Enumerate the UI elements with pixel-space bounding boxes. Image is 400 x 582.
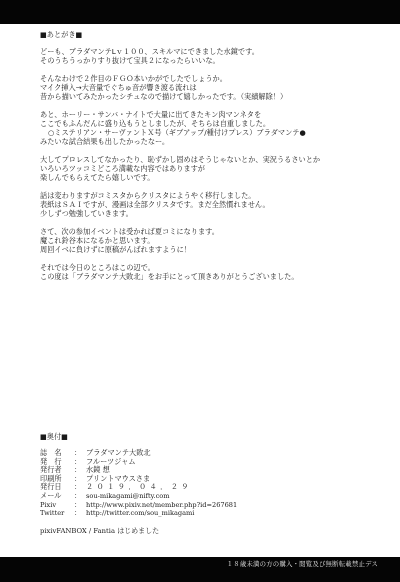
fanbox-jp-text: はじめました <box>117 527 159 535</box>
afterword-paragraph-5: 話は変わりますがコミスタからクリスタにようやく移行しました。 表紙はＳＡＩですが… <box>40 191 320 218</box>
afterword-heading: ■あとがき■ <box>40 30 320 39</box>
bottom-black-band: １８歳未満の方の購入・閲覧及び無断転載禁止デス <box>0 557 400 582</box>
top-black-band <box>0 0 400 24</box>
text-line: 表紙はＳＡＩですが、漫画は全部クリスタです。まだ全然慣れません。 <box>40 200 320 209</box>
text-line: 昔から描いてみたかったシチュなので描けて嬉しかったです。（実績解除！） <box>40 92 320 101</box>
row-key: Pixiv <box>40 501 74 510</box>
afterword-paragraph-7: それでは今日のところはこの辺で。 この度は「ブラダマンテ大敗北」をお手にとって頂… <box>40 263 320 281</box>
twitter-link[interactable]: http://twitter.com/sou_mikagami <box>86 509 194 518</box>
text-line: マイク挿入→大音量でぐちゅ音が響き渡る流れは <box>40 83 320 92</box>
text-line: そのうちうっかりすり抜けて宝具２になったらいいな。 <box>40 56 320 65</box>
text-line: 話は変わりますがコミスタからクリスタにようやく移行しました。 <box>40 191 320 200</box>
colophon-row-date: 発行日 ： ２０１９．０４．２９ <box>40 483 237 492</box>
text-line: 楽しんでもらえてたら嬉しいです。 <box>40 173 320 182</box>
row-key: メール <box>40 492 74 501</box>
colophon-section: ■奥付■ 誌 名 ： ブラダマンテ大敗北 発 行 ： フルーツジャム 発行者 ：… <box>40 432 237 536</box>
text-line: ここでもふんだんに盛り込もうとしましたが、そちらは自重しました。 <box>40 119 320 128</box>
colophon-row-publisher: 発 行 ： フルーツジャム <box>40 458 237 467</box>
text-line: それでは今日のところはこの辺で。 <box>40 263 320 272</box>
colophon-row-title: 誌 名 ： ブラダマンテ大敗北 <box>40 449 237 458</box>
colophon-row-twitter: Twitter ： http://twitter.com/sou_mikagam… <box>40 509 237 518</box>
colophon-heading: ■奥付■ <box>40 432 237 441</box>
colophon-row-pixiv: Pixiv ： http://www.pixiv.net/member.php?… <box>40 501 237 510</box>
text-line: みたいな試合結果も出したかったなー。 <box>40 137 320 146</box>
afterword-paragraph-4: 大してプロレスしてなかったり、恥ずかし固めはそうじゃないとか、実況うるさいとか … <box>40 155 320 182</box>
afterword-paragraph-2: そんなわけで２作目のＦＧＯ本いかがでしたでしょうか。 マイク挿入→大音量でぐちゅ… <box>40 74 320 101</box>
text-line: 周回イベに負けずに原稿がんばれますように！ <box>40 245 320 254</box>
text-line: さて、次の参加イベントは受かれば夏コミになります。 <box>40 227 320 236</box>
text-line: 大してプロレスしてなかったり、恥ずかし固めはそうじゃないとか、実況うるさいとか <box>40 155 320 164</box>
text-line: いろいろツッコミどころ満載な内容ではありますが <box>40 164 320 173</box>
afterword-paragraph-6: さて、次の参加イベントは受かれば夏コミになります。 魔これ鈴谷本になるかと思いま… <box>40 227 320 254</box>
email-link[interactable]: sou-mikagami@nifty.com <box>86 492 170 501</box>
text-line: 少しずつ勉強していきます。 <box>40 209 320 218</box>
row-separator: ： <box>74 509 86 518</box>
age-restriction-warning: １８歳未満の方の購入・閲覧及び無断転載禁止デス <box>227 559 378 568</box>
fanbox-latin-text: pixivFANBOX / Fantia <box>40 527 117 535</box>
afterword-paragraph-1: どーも、ブラダマンテLｖ１００、スキルマにできました水鏡です。 そのうちうっかり… <box>40 47 320 65</box>
text-line: 魔これ鈴谷本になるかと思います。 <box>40 236 320 245</box>
text-line: あと、ホーリー・サンバ・ナイトで大量に出てきたキン肉マンネタを <box>40 110 320 119</box>
row-value: ２０１９．０４．２９ <box>86 483 192 492</box>
afterword-paragraph-3: あと、ホーリー・サンバ・ナイトで大量に出てきたキン肉マンネタを ここでもふんだん… <box>40 110 320 146</box>
text-line: どーも、ブラダマンテLｖ１００、スキルマにできました水鏡です。 <box>40 47 320 56</box>
pixiv-link[interactable]: http://www.pixiv.net/member.php?id=26768… <box>86 501 237 510</box>
colophon-row-email: メール ： sou-mikagami@nifty.com <box>40 492 237 501</box>
fanbox-notice: pixivFANBOX / Fantia はじめました <box>40 527 237 536</box>
row-key: Twitter <box>40 509 74 518</box>
afterword-section: ■あとがき■ どーも、ブラダマンテLｖ１００、スキルマにできました水鏡です。 そ… <box>40 30 320 290</box>
text-line: そんなわけで２作目のＦＧＯ本いかがでしたでしょうか。 <box>40 74 320 83</box>
text-line: この度は「ブラダマンテ大敗北」をお手にとって頂きありがとうございました。 <box>40 272 320 281</box>
text-line: ○ミステリアン・サーヴァントＸ号（ギブアップ/種付けプレス）ブラダマンテ● <box>40 128 320 137</box>
